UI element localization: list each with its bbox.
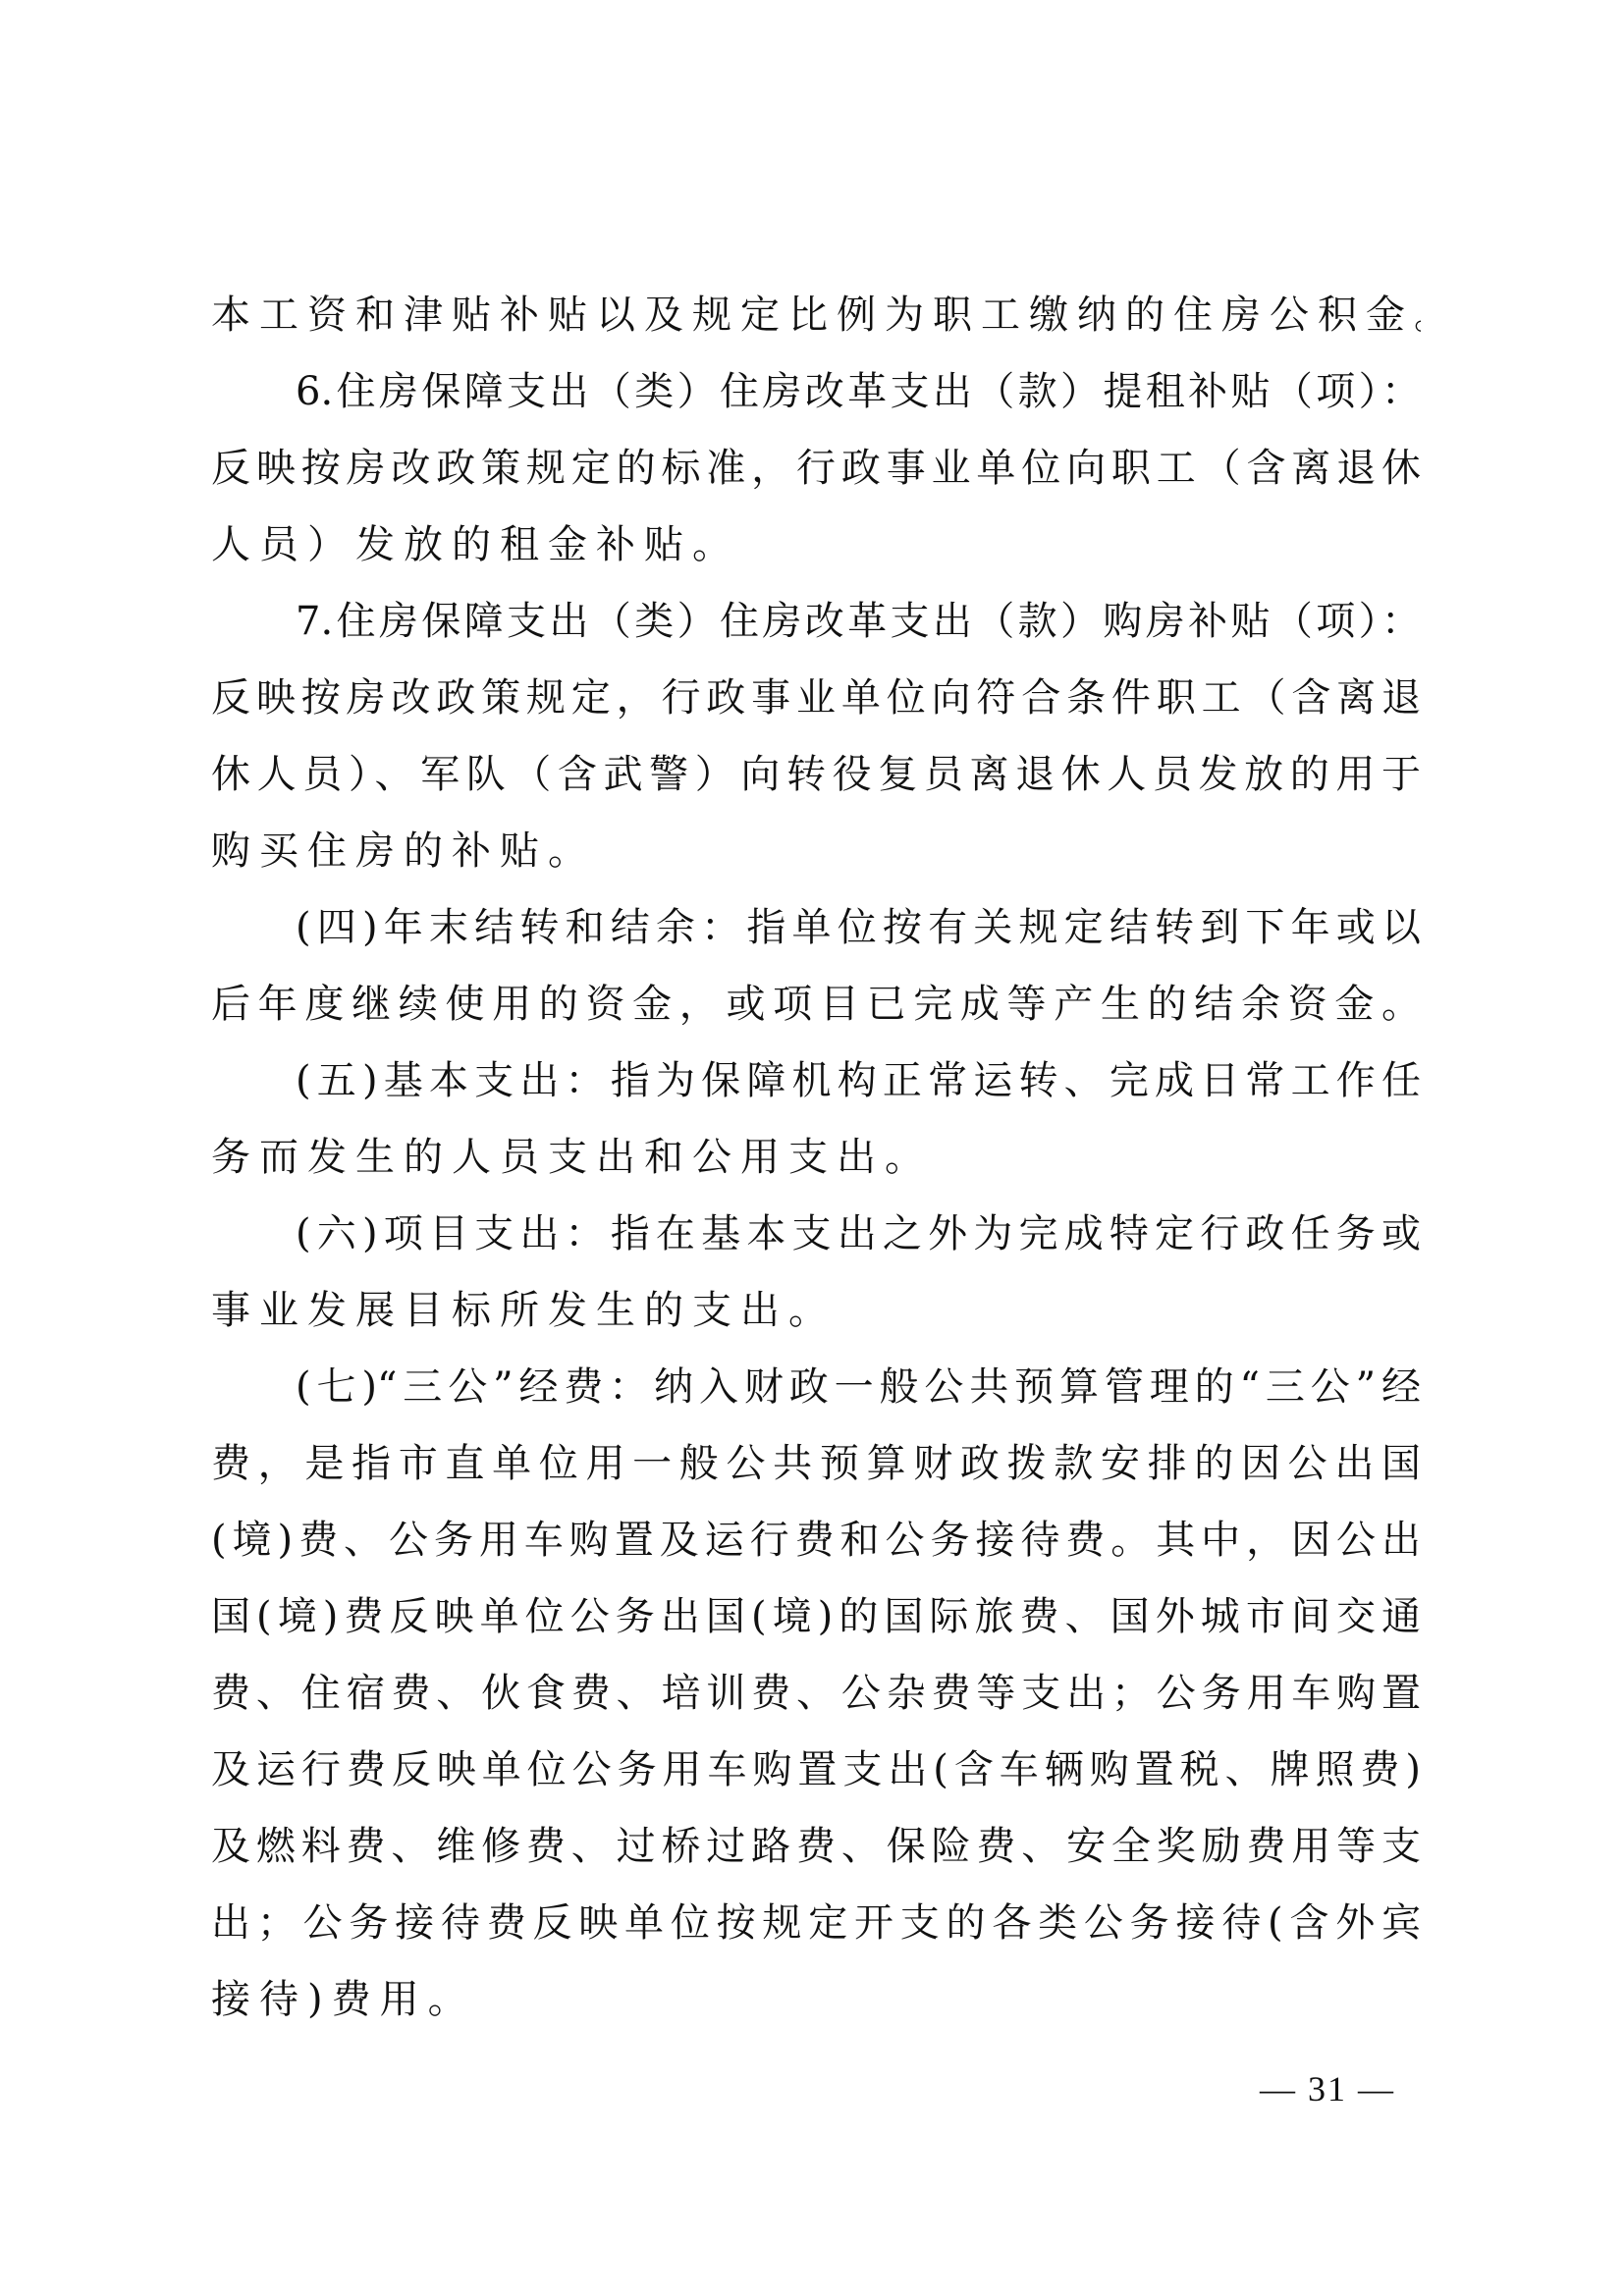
paragraph-line: (境)费、公务用车购置及运行费和公务接待费。其中，因公出 xyxy=(211,1502,1421,1578)
paragraph-line: 本工资和津贴补贴以及规定比例为职工缴纳的住房公积金。 xyxy=(211,277,1421,353)
paragraph-line: 7.住房保障支出（类）住房改革支出（款）购房补贴（项）： xyxy=(211,583,1421,660)
paragraph-line: 6.住房保障支出（类）住房改革支出（款）提租补贴（项）： xyxy=(211,353,1421,430)
body-text: 本工资和津贴补贴以及规定比例为职工缴纳的住房公积金。 6.住房保障支出（类）住房… xyxy=(211,277,1421,2038)
paragraph-line: 反映按房改政策规定的标准，行政事业单位向职工（含离退休 xyxy=(211,430,1421,507)
paragraph-line: 出；公务接待费反映单位按规定开支的各类公务接待(含外宾 xyxy=(211,1885,1421,1961)
paragraph-line: (五)基本支出：指为保障机构正常运转、完成日常工作任 xyxy=(211,1042,1421,1119)
paragraph-line: (七)“三公”经费：纳入财政一般公共预算管理的“三公”经 xyxy=(211,1349,1421,1425)
paragraph-line: 接待)费用。 xyxy=(211,1961,1421,2038)
paragraph-line: 及燃料费、维修费、过桥过路费、保险费、安全奖励费用等支 xyxy=(211,1808,1421,1885)
paragraph-line: (六)项目支出：指在基本支出之外为完成特定行政任务或 xyxy=(211,1196,1421,1272)
paragraph-line: 费、住宿费、伙食费、培训费、公杂费等支出；公务用车购置 xyxy=(211,1655,1421,1732)
paragraph-line: 人员）发放的租金补贴。 xyxy=(211,507,1421,583)
page-number: — 31 — xyxy=(1239,2067,1416,2110)
paragraph-line: 事业发展目标所发生的支出。 xyxy=(211,1272,1421,1349)
document-page: 本工资和津贴补贴以及规定比例为职工缴纳的住房公积金。 6.住房保障支出（类）住房… xyxy=(0,0,1624,2296)
paragraph-line: 务而发生的人员支出和公用支出。 xyxy=(211,1119,1421,1196)
paragraph-line: 及运行费反映单位公务用车购置支出(含车辆购置税、牌照费) xyxy=(211,1732,1421,1808)
paragraph-line: 后年度继续使用的资金，或项目已完成等产生的结余资金。 xyxy=(211,966,1421,1042)
paragraph-line: (四)年末结转和结余：指单位按有关规定结转到下年或以 xyxy=(211,889,1421,966)
paragraph-line: 费，是指市直单位用一般公共预算财政拨款安排的因公出国 xyxy=(211,1425,1421,1502)
paragraph-line: 购买住房的补贴。 xyxy=(211,813,1421,889)
paragraph-line: 休人员）、军队（含武警）向转役复员离退休人员发放的用于 xyxy=(211,736,1421,813)
paragraph-line: 反映按房改政策规定，行政事业单位向符合条件职工（含离退 xyxy=(211,660,1421,736)
paragraph-line: 国(境)费反映单位公务出国(境)的国际旅费、国外城市间交通 xyxy=(211,1578,1421,1655)
